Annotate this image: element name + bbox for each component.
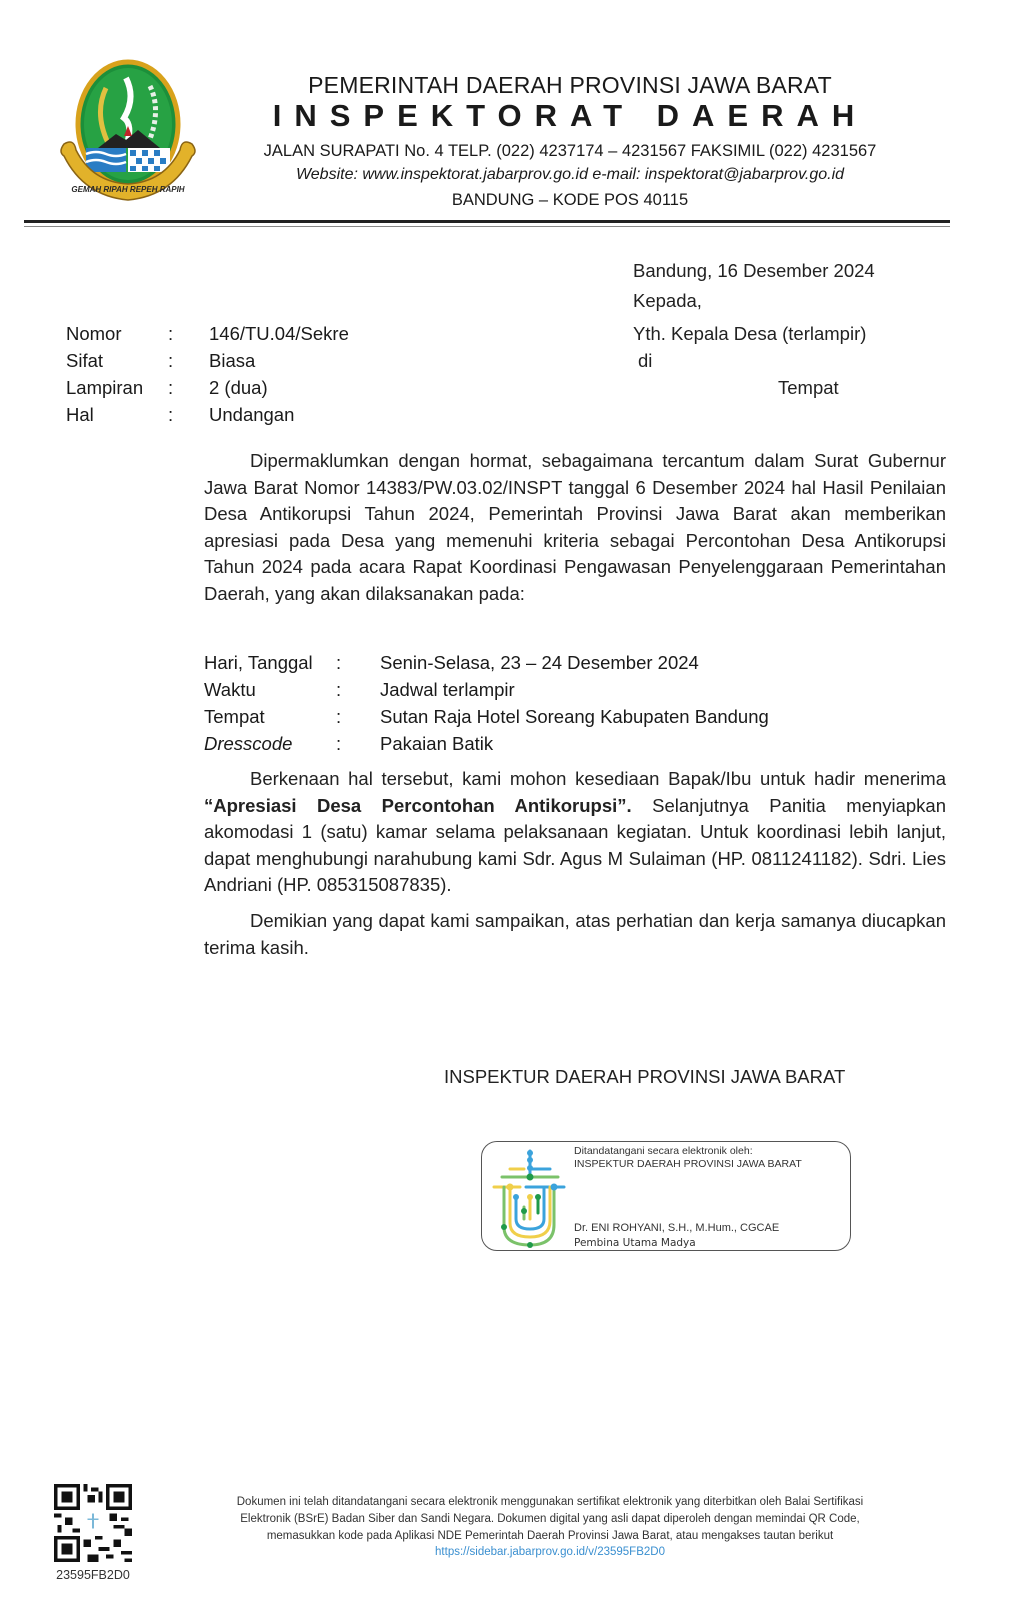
addressee-intro: Kepada, [633,290,702,312]
footer-note-line: memasukkan kode pada Aplikasi NDE Pemeri… [170,1530,930,1542]
detail-value: Senin-Selasa, 23 – 24 Desember 2024 [380,652,699,674]
city-postal-line: BANDUNG – KODE POS 40115 [200,191,940,210]
detail-value: Pakaian Batik [380,733,493,755]
field-label: Hal [66,404,94,426]
event-name: “Apresiasi Desa Percontohan Antikorupsi”… [204,795,632,816]
field-value: Biasa [209,350,255,372]
government-heading: PEMERINTAH DAERAH PROVINSI JAWA BARAT [220,72,920,99]
request-paragraph: Berkenaan hal tersebut, kami mohon kesed… [204,766,946,899]
signer-name: Dr. ENI ROHYANI, S.H., M.Hum., CGCAE [574,1222,779,1234]
detail-colon: : [336,679,341,701]
field-colon: : [168,404,173,426]
coat-of-arms-logo-icon: GEMAH RIPAH REPEH RAPIH [58,58,198,206]
signer-rank: Pembina Utama Madya [574,1237,696,1249]
field-colon: : [168,323,173,345]
footer-note-line: Elektronik (BSrE) Badan Siber dan Sandi … [170,1513,930,1525]
field-value: 146/TU.04/Sekre [209,323,349,345]
detail-value: Jadwal terlampir [380,679,515,701]
signatory-title: INSPEKTUR DAERAH PROVINSI JAWA BARAT [444,1066,845,1088]
opening-paragraph: Dipermaklumkan dengan hormat, sebagaiman… [204,448,946,607]
verification-link[interactable]: https://sidebar.jabarprov.go.id/v/23595F… [170,1546,930,1558]
request-text: Berkenaan hal tersebut, kami mohon kesed… [250,768,946,789]
bsre-signature-logo-icon [490,1147,570,1251]
detail-label: Hari, Tanggal [204,652,313,674]
detail-colon: : [336,733,341,755]
detail-colon: : [336,706,341,728]
document-code: 23595FB2D0 [48,1568,138,1582]
letterhead-divider-thin [24,226,950,227]
detail-value: Sutan Raja Hotel Soreang Kabupaten Bandu… [380,706,769,728]
footer-note-line: Dokumen ini telah ditandatangani secara … [170,1496,930,1508]
institution-heading: INSPEKTORAT DAERAH [220,98,920,134]
field-label: Sifat [66,350,103,372]
detail-label: Waktu [204,679,256,701]
letterhead-divider [24,220,950,223]
signed-electronically-label: Ditandatangani secara elektronik oleh: [574,1145,753,1157]
field-label: Nomor [66,323,122,345]
closing-paragraph: Demikian yang dapat kami sampaikan, atas… [204,908,946,961]
field-colon: : [168,350,173,372]
qr-code-icon[interactable] [54,1484,132,1562]
field-label: Lampiran [66,377,143,399]
recipient-place: Tempat [778,377,839,399]
field-value: Undangan [209,404,294,426]
svg-text:GEMAH RIPAH REPEH RAPIH: GEMAH RIPAH REPEH RAPIH [71,185,184,194]
field-colon: : [168,377,173,399]
recipient-di: di [638,350,652,372]
detail-colon: : [336,652,341,674]
website-email-line: Website: www.inspektorat.jabarprov.go.id… [200,166,940,184]
detail-label: Tempat [204,706,265,728]
detail-label: Dresscode [204,733,292,755]
address-line: JALAN SURAPATI No. 4 TELP. (022) 4237174… [200,142,940,161]
signer-office: INSPEKTUR DAERAH PROVINSI JAWA BARAT [574,1158,802,1170]
letter-date: Bandung, 16 Desember 2024 [633,260,875,282]
recipient: Yth. Kepala Desa (terlampir) [633,323,866,345]
field-value: 2 (dua) [209,377,268,399]
